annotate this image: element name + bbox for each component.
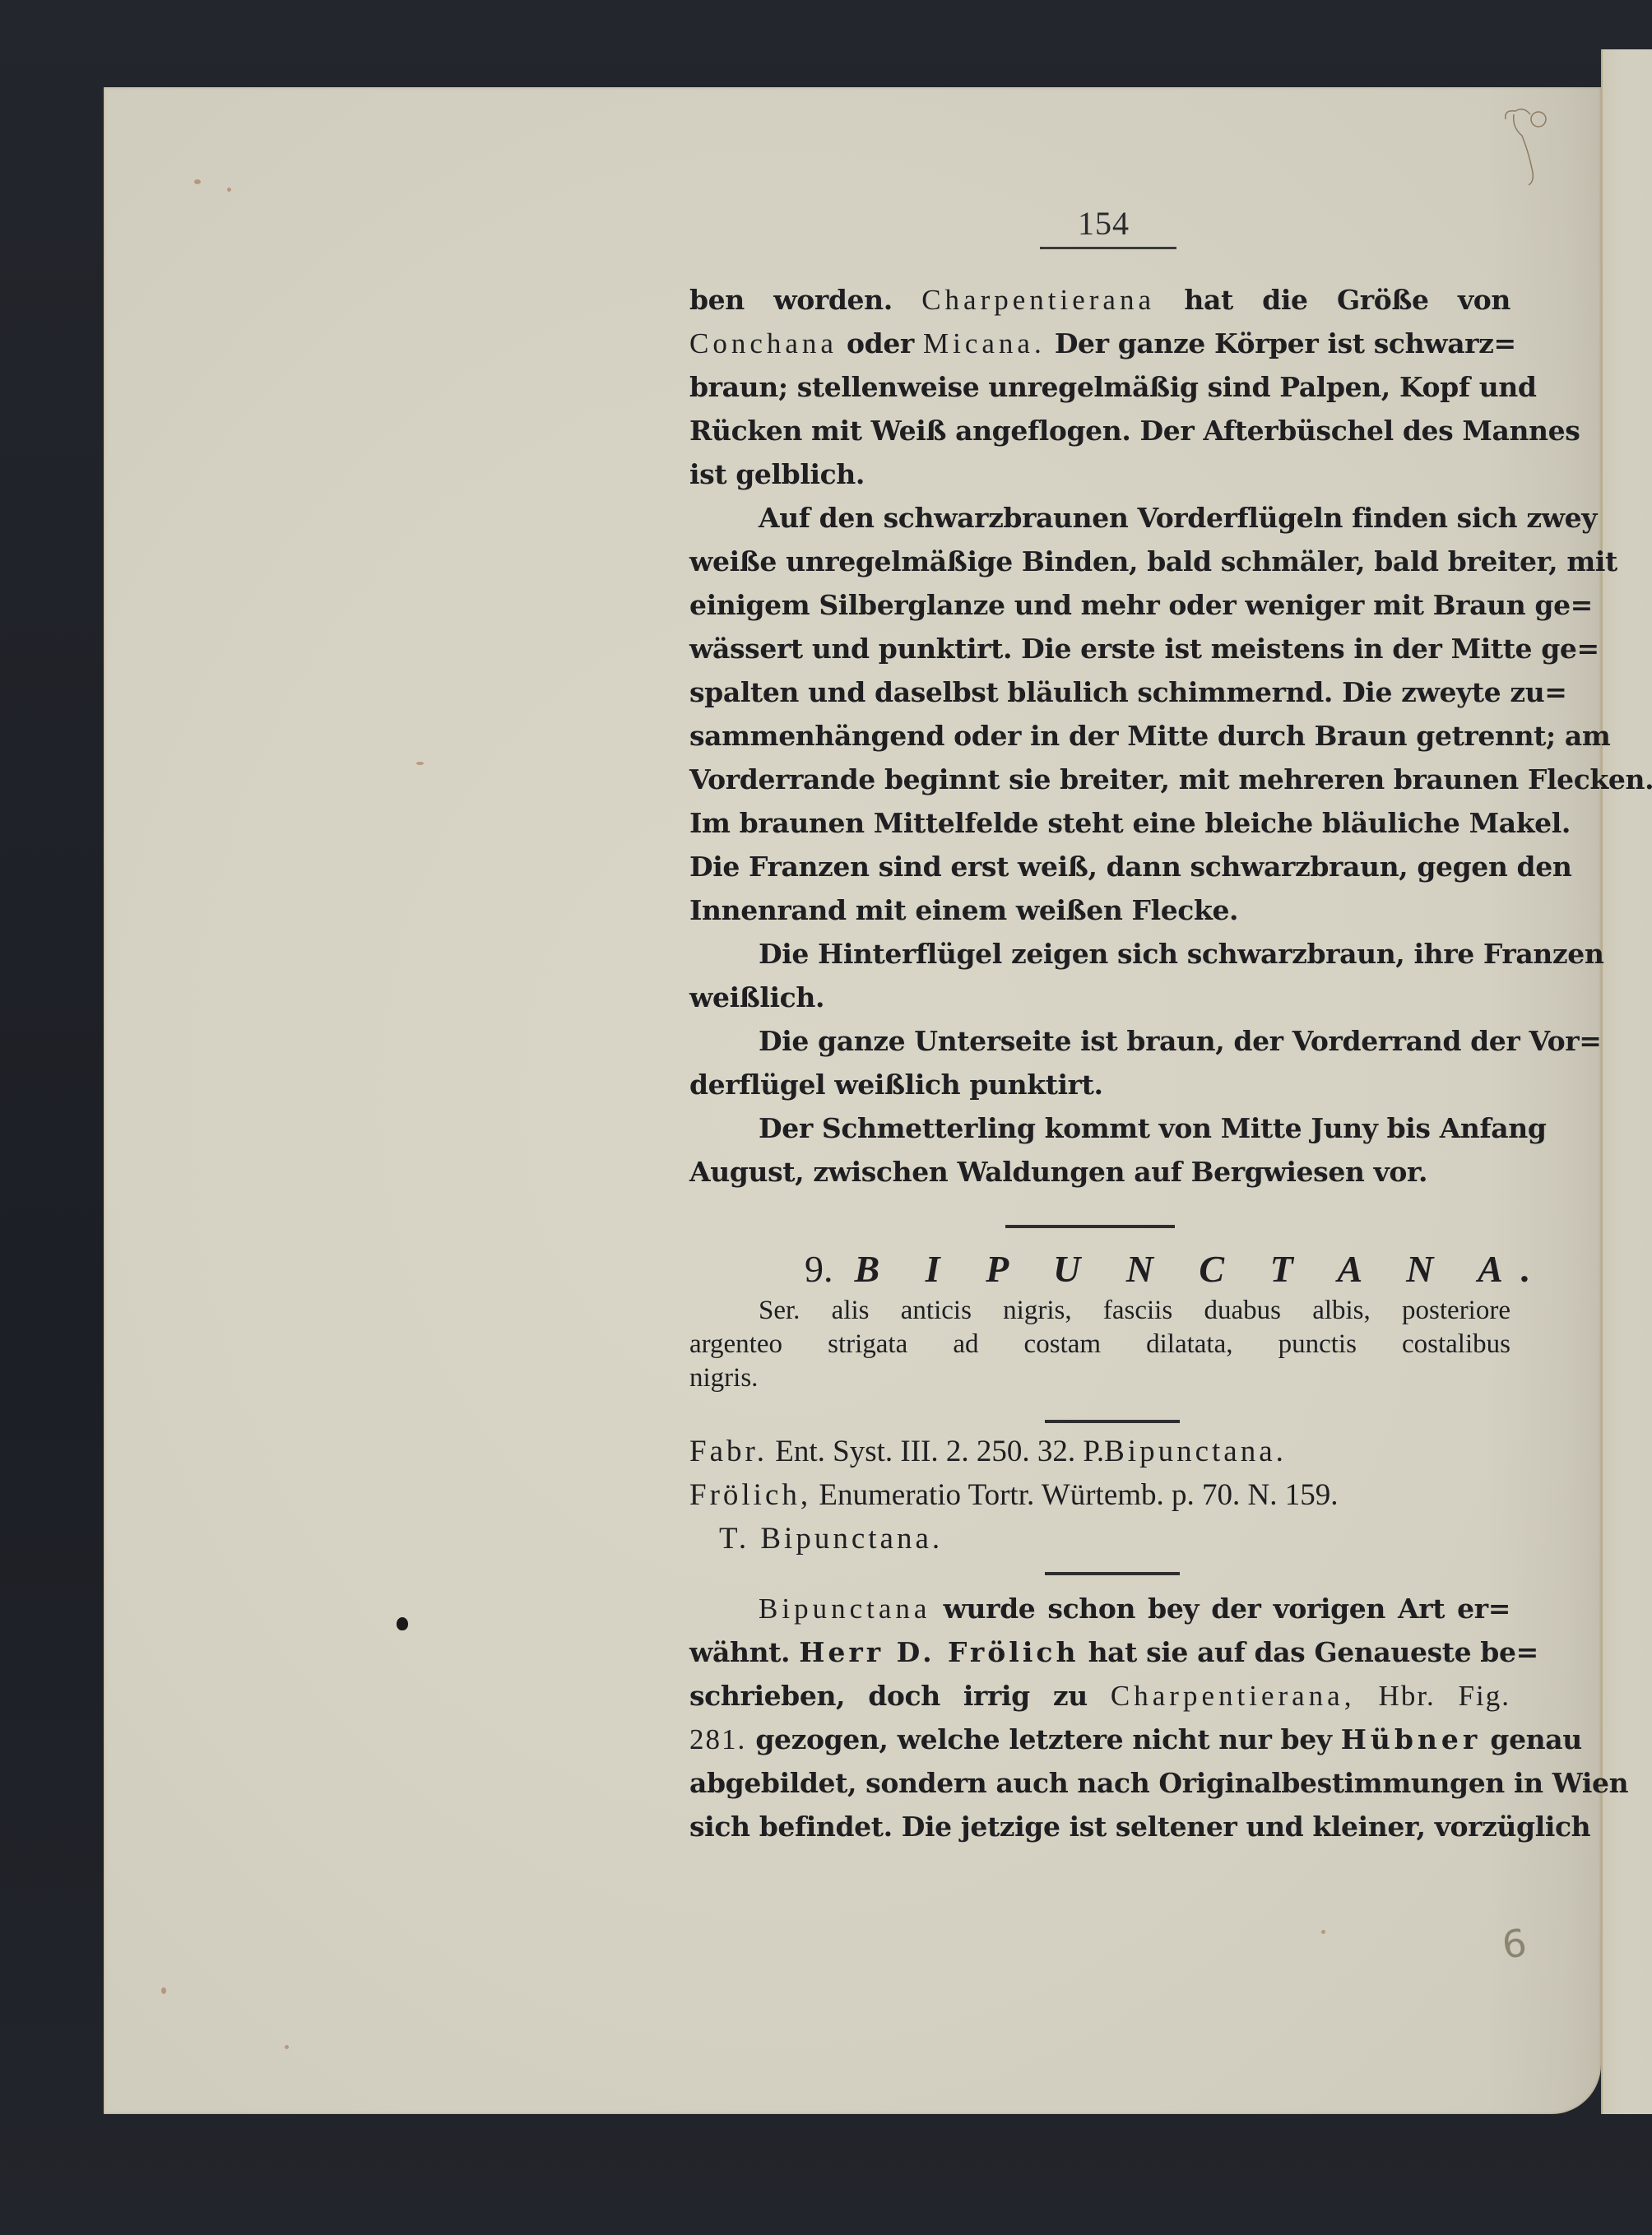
species-number: 9. [805, 1248, 833, 1290]
species-name-spaced: Conchana [689, 327, 838, 359]
text-line: Auf den schwarzbraunen Vorderflügeln fin… [689, 496, 1510, 540]
text-line: Innenrand mit einem weißen Flecke. [689, 888, 1510, 932]
text-line: weiße unregelmäßige Binden, bald schmäle… [689, 540, 1510, 583]
pencil-scribble-mark [1489, 103, 1547, 193]
foxing-spot [227, 188, 231, 192]
literature-references: Fabr. Ent. Syst. III. 2. 250. 32. P.Bipu… [689, 1430, 1510, 1560]
paragraph-continuation: ben worden. Charpentierana hat die Größe… [689, 278, 1510, 496]
adjacent-page-edge [1601, 49, 1652, 2114]
foxing-spot [194, 179, 201, 184]
text-line: weißlich. [689, 976, 1510, 1019]
species-heading: 9.B I P U N C T A N A. [689, 1245, 1510, 1294]
species-name-spaced: Micana. [923, 327, 1046, 359]
text-line: Vorderrande beginnt sie breiter, mit meh… [689, 758, 1510, 801]
paragraph-hindwings: Die Hinterflügel zeigen sich schwarzbrau… [689, 932, 1510, 1019]
text-line: wässert und punktirt. Die erste ist meis… [689, 627, 1510, 670]
foxing-spot [416, 762, 424, 765]
paragraph-flight-period: Der Schmetterling kommt von Mitte Juny b… [689, 1106, 1510, 1194]
figure-number: 281. [689, 1723, 746, 1755]
paragraph-remarks: Bipunctana wurde schon bey der vorigen A… [689, 1587, 1510, 1848]
foxing-spot [1321, 1930, 1325, 1934]
text-line: August, zwischen Waldungen auf Bergwiese… [689, 1150, 1510, 1194]
text-line: Conchana oder Micana. Der ganze Körper i… [689, 322, 1510, 365]
person-name-spaced: Hübner [1341, 1723, 1482, 1755]
diagnosis-line: nigris. [689, 1361, 1510, 1395]
text-line: wähnt. Herr D. Frölich hat sie auf das G… [689, 1630, 1510, 1674]
text-line: Der Schmetterling kommt von Mitte Juny b… [689, 1106, 1510, 1150]
page-number-rule [1040, 247, 1176, 249]
text-line: spalten und daselbst bläulich schimmernd… [689, 670, 1510, 714]
figure-reference: Hbr. Fig. [1379, 1680, 1510, 1712]
text-line: 281. gezogen, welche letztere nicht nur … [689, 1718, 1510, 1761]
species-name-spaced: Charpentierana [921, 284, 1155, 316]
species-name-spaced: Bipunctana [759, 1593, 930, 1625]
text-line: Die ganze Unterseite ist braun, der Vord… [689, 1019, 1510, 1063]
foxing-spot [161, 1987, 166, 1994]
species-name: B I P U N C T A N A. [855, 1248, 1549, 1290]
text-line: braun; stellenweise unregelmäßig sind Pa… [689, 365, 1510, 409]
paragraph-underside: Die ganze Unterseite ist braun, der Vord… [689, 1019, 1510, 1106]
text-line: abgebildet, sondern auch nach Originalbe… [689, 1761, 1510, 1805]
text-line: ist gelblich. [689, 452, 1510, 496]
page-number: 154 [1078, 204, 1130, 243]
text-line: Die Franzen sind erst weiß, dann schwarz… [689, 845, 1510, 888]
text-line: Rücken mit Weiß angeflogen. Der Afterbüs… [689, 409, 1510, 452]
text-line: Bipunctana wurde schon bey der vorigen A… [689, 1587, 1510, 1630]
page-body: ben worden. Charpentierana hat die Größe… [689, 278, 1510, 1848]
species-name-spaced: Charpentierana, [1111, 1680, 1356, 1712]
latin-diagnosis: Ser. alis anticis nigris, fasciis duabus… [689, 1294, 1510, 1395]
text-line: ben worden. Charpentierana hat die Größe… [689, 278, 1510, 322]
person-name-spaced: Herr D. Frölich [799, 1636, 1079, 1668]
text-line: Die Hinterflügel zeigen sich schwarzbrau… [689, 932, 1510, 976]
text-line: schrieben, doch irrig zu Charpentierana,… [689, 1674, 1510, 1718]
foxing-spot [285, 2045, 289, 2049]
reference-line: Frölich, Enumeratio Tortr. Würtemb. p. 7… [689, 1473, 1510, 1517]
reference-line: Fabr. Ent. Syst. III. 2. 250. 32. P.Bipu… [689, 1430, 1510, 1473]
paragraph-forewings: Auf den schwarzbraunen Vorderflügeln fin… [689, 496, 1510, 932]
text-line: Im braunen Mittelfelde steht eine bleich… [689, 801, 1510, 845]
reference-line: T. Bipunctana. [689, 1517, 1510, 1560]
text-line: sich befindet. Die jetzige ist seltener … [689, 1805, 1510, 1848]
text-line: sammenhängend oder in der Mitte durch Br… [689, 714, 1510, 758]
text-line: einigem Silberglanze und mehr oder wenig… [689, 583, 1510, 627]
diagnosis-line: argenteo strigata ad costam dilatata, pu… [689, 1328, 1510, 1361]
text-line: derflügel weißlich punktirt. [689, 1063, 1510, 1106]
diagnosis-line: Ser. alis anticis nigris, fasciis duabus… [689, 1294, 1510, 1328]
ink-dot-mark [397, 1617, 408, 1630]
